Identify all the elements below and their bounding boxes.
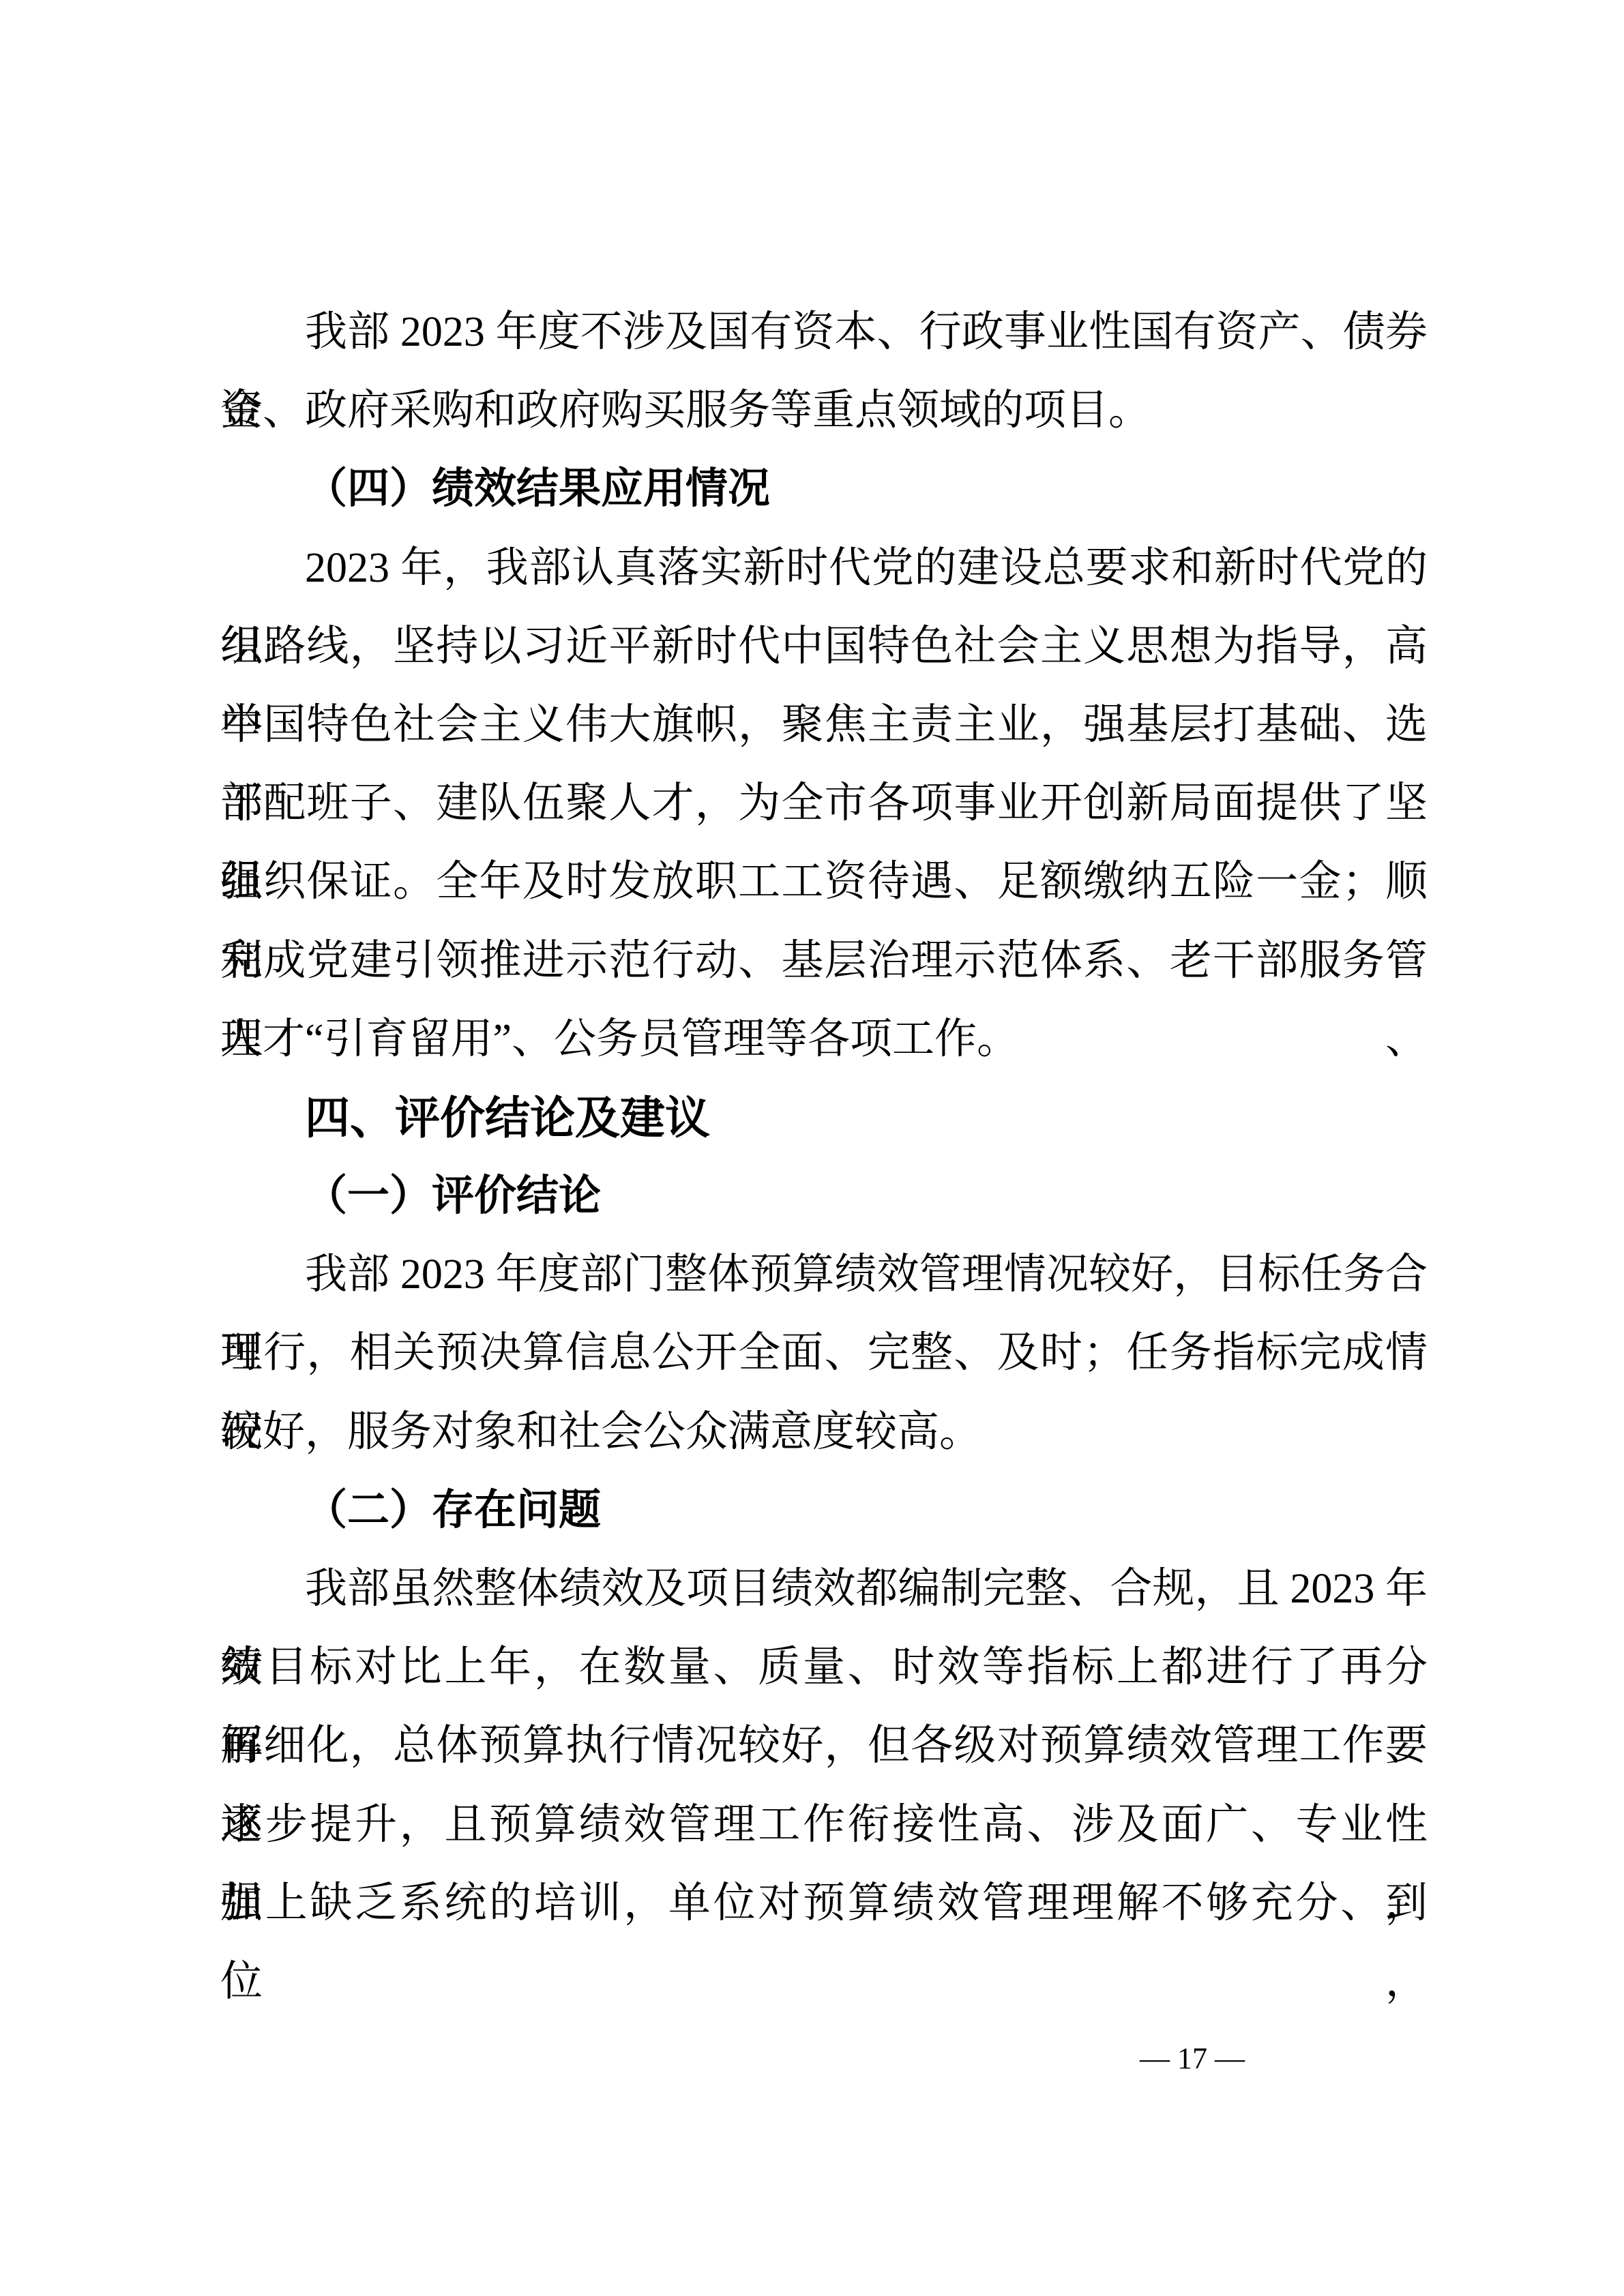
document-text-block: 我部 2023 年度不涉及国有资本、行政事业性国有资产、债券资 金、政府采购和政… xyxy=(220,293,1428,1943)
paragraph-line: 较好，服务对象和社会公众满意度较高。 xyxy=(220,1393,1428,1472)
document-page: 我部 2023 年度不涉及国有资本、行政事业性国有资产、债券资 金、政府采购和政… xyxy=(0,0,1624,2296)
paragraph-line: 效目标对比上年，在数量、质量、时效等指标上都进行了再分解、 xyxy=(220,1628,1428,1707)
paragraph-line: 我部虽然整体绩效及项目绩效都编制完整、合规，且 2023 年绩 xyxy=(220,1550,1428,1628)
subsection-heading: （二）存在问题 xyxy=(220,1472,1428,1550)
paragraph-line: 组织保证。全年及时发放职工工资待遇、足额缴纳五险一金；顺利 xyxy=(220,843,1428,921)
paragraph-line: 金、政府采购和政府购买服务等重点领域的项目。 xyxy=(220,372,1428,450)
subsection-heading: （四）绩效结果应用情况 xyxy=(220,450,1428,528)
paragraph-line: 逐步提升，且预算绩效管理工作衔接性高、涉及面广、专业性强， xyxy=(220,1786,1428,1864)
subsection-heading: （一）评价结论 xyxy=(220,1157,1428,1236)
paragraph-line: 织路线，坚持以习近平新时代中国特色社会主义思想为指导，高举 xyxy=(220,608,1428,686)
paragraph-line: 部配班子、建队伍聚人才，为全市各项事业开创新局面提供了坚强 xyxy=(220,764,1428,843)
page-number: — 17 — xyxy=(1087,2042,1298,2076)
paragraph-line: 我部 2023 年度不涉及国有资本、行政事业性国有资产、债券资 xyxy=(220,293,1428,372)
section-heading: 四、评价结论及建议 xyxy=(220,1079,1428,1157)
paragraph-line: 2023 年，我部认真落实新时代党的建设总要求和新时代党的组 xyxy=(220,529,1428,608)
paragraph-line: 完成党建引领推进示范行动、基层治理示范体系、老干部服务管理、 xyxy=(220,922,1428,1000)
paragraph-line: 可行，相关预决算信息公开全面、完整、及时；任务指标完成情况 xyxy=(220,1314,1428,1392)
paragraph-line: 加上缺乏系统的培训，单位对预算绩效管理理解不够充分、到位， xyxy=(220,1864,1428,1943)
paragraph-line: 再细化，总体预算执行情况较好，但各级对预算绩效管理工作要求 xyxy=(220,1707,1428,1785)
paragraph-line: 中国特色社会主义伟大旗帜，聚焦主责主业，强基层打基础、选干 xyxy=(220,686,1428,764)
paragraph-line: 我部 2023 年度部门整体预算绩效管理情况较好，目标任务合理 xyxy=(220,1236,1428,1314)
